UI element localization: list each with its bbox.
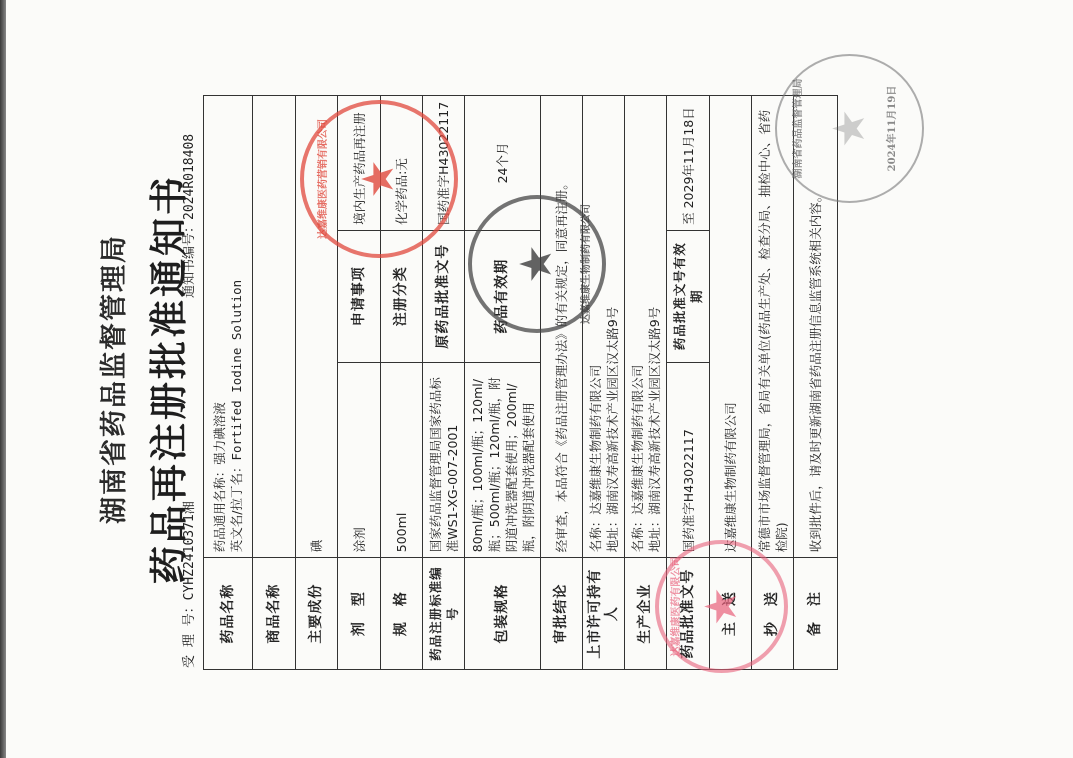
- conclusion-value: 经审查，本品符合《药品注册管理办法》的有关规定，同意再注册。: [541, 96, 583, 558]
- ingredient-label: 主要成份: [296, 558, 338, 670]
- table-row: 规 格 500ml 注册分类 化学药品:无: [381, 96, 423, 670]
- mah-value: 名称：达嘉维康生物制药有限公司 地址：湖南汉寿高新技术产业园区汉太路9号: [583, 96, 625, 558]
- trade-name-value: [253, 96, 296, 558]
- cc-value: 常德市市场监督管理局，省局有关单位(药品生产处、检查分局、抽检中心、省药检院): [752, 96, 794, 558]
- spec-value: 500ml: [381, 362, 423, 558]
- application-type-value: 境内生产药品再注册: [338, 96, 381, 231]
- dosage-form-label: 剂 型: [338, 558, 381, 670]
- mah-name: 名称：达嘉维康生物制药有限公司: [587, 101, 604, 552]
- mah-label: 上市许可持有人: [583, 558, 625, 670]
- registration-class-value: 化学药品:无: [381, 96, 423, 231]
- english-name-label: 英文名/拉丁名：: [229, 461, 244, 553]
- send-to-value: 达嘉维康生物制药有限公司: [710, 96, 752, 558]
- approval-validity-label: 药品批准文号有效期: [667, 230, 710, 362]
- table-row: 主要成份 碘: [296, 96, 338, 670]
- table-row: 药品注册标准编号 国家药品监督管理局国家药品标准WS1-XG-007-2001 …: [423, 96, 465, 670]
- mah-address: 地址：湖南汉寿高新技术产业园区汉太路9号: [604, 101, 621, 552]
- manufacturer-value: 名称：达嘉维康生物制药有限公司 地址：湖南汉寿高新技术产业园区汉太路9号: [625, 96, 667, 558]
- generic-name: 强力碘溶液: [212, 402, 227, 465]
- notice-number: 通知书编号：2024R018408: [178, 134, 197, 298]
- drug-name-value: 药品通用名称：强力碘溶液 英文名/拉丁名：Fortifed Iodine Sol…: [204, 96, 253, 558]
- table-row: 包装规格 80ml/瓶；100ml/瓶；120ml/瓶；500ml/瓶；120m…: [465, 96, 541, 670]
- table-row: 剂 型 涂剂 申请事项 境内生产药品再注册: [338, 96, 381, 670]
- table-row: 主 送 达嘉维康生物制药有限公司: [710, 96, 752, 670]
- generic-name-label: 药品通用名称：: [212, 465, 227, 553]
- notice-number-label: 通知书编号：: [182, 220, 197, 298]
- original-approval-value: 国药准字H43022117: [423, 96, 465, 231]
- spec-label: 规 格: [381, 558, 423, 670]
- approval-number-value: 国药准字H43022117: [667, 362, 710, 558]
- table-row: 药品名称 药品通用名称：强力碘溶液 英文名/拉丁名：Fortifed Iodin…: [204, 96, 253, 670]
- ingredient-value: 碘: [296, 96, 338, 558]
- acceptance-number-value: CYHZ2410371湘: [182, 501, 197, 600]
- acceptance-number: 受 理 号：CYHZ2410371湘: [178, 501, 197, 668]
- manufacturer-address: 地址：湖南汉寿高新技术产业园区汉太路9号: [646, 101, 663, 552]
- seal-date: 2024年11月19日: [883, 86, 898, 172]
- approval-validity-value: 至 2029年11月18日: [667, 96, 710, 231]
- dosage-form-value: 涂剂: [338, 362, 381, 558]
- standard-value: 国家药品监督管理局国家药品标准WS1-XG-007-2001: [423, 362, 465, 558]
- manufacturer-name: 名称：达嘉维康生物制药有限公司: [629, 101, 646, 552]
- english-name: Fortifed Iodine Solution: [229, 280, 244, 461]
- standard-label: 药品注册标准编号: [423, 558, 465, 670]
- table-row: 商品名称: [253, 96, 296, 670]
- table-row: 生产企业 名称：达嘉维康生物制药有限公司 地址：湖南汉寿高新技术产业园区汉太路9…: [625, 96, 667, 670]
- table-row: 抄 送 常德市市场监督管理局，省局有关单位(药品生产处、检查分局、抽检中心、省药…: [752, 96, 794, 670]
- shelf-life-value: 24个月: [465, 96, 541, 231]
- acceptance-number-label: 受 理 号：: [182, 600, 197, 668]
- document-page: 湖南省药品监督管理局 药品再注册批准通知书 受 理 号：CYHZ2410371湘…: [0, 0, 1073, 758]
- remarks-label: 备 注: [794, 558, 838, 670]
- packaging-value: 80ml/瓶；100ml/瓶；120ml/瓶；500ml/瓶；120ml/瓶，附…: [465, 362, 541, 558]
- trade-name-label: 商品名称: [253, 558, 296, 670]
- original-approval-label: 原药品批准文号: [423, 230, 465, 362]
- send-to-label: 主 送: [710, 558, 752, 670]
- issuer-name: 湖南省药品监督管理局: [92, 0, 131, 758]
- table-row: 药品批准文号 国药准字H43022117 药品批准文号有效期 至 2029年11…: [667, 96, 710, 670]
- notice-number-value: 2024R018408: [182, 134, 197, 220]
- scan-edge: [0, 0, 6, 758]
- cc-label: 抄 送: [752, 558, 794, 670]
- conclusion-label: 审批结论: [541, 558, 583, 670]
- packaging-label: 包装规格: [465, 558, 541, 670]
- table-row: 备 注 收到批件后，请及时更新湖南省药品注册信息监管系统相关内容。: [794, 96, 838, 670]
- approval-table: 药品名称 药品通用名称：强力碘溶液 英文名/拉丁名：Fortifed Iodin…: [203, 95, 838, 670]
- drug-name-label: 药品名称: [204, 558, 253, 670]
- approval-number-label: 药品批准文号: [667, 558, 710, 670]
- table-row: 审批结论 经审查，本品符合《药品注册管理办法》的有关规定，同意再注册。: [541, 96, 583, 670]
- registration-class-label: 注册分类: [381, 230, 423, 362]
- manufacturer-label: 生产企业: [625, 558, 667, 670]
- application-type-label: 申请事项: [338, 230, 381, 362]
- remarks-value: 收到批件后，请及时更新湖南省药品注册信息监管系统相关内容。: [794, 96, 838, 558]
- shelf-life-label: 药品有效期: [465, 230, 541, 362]
- table-row: 上市许可持有人 名称：达嘉维康生物制药有限公司 地址：湖南汉寿高新技术产业园区汉…: [583, 96, 625, 670]
